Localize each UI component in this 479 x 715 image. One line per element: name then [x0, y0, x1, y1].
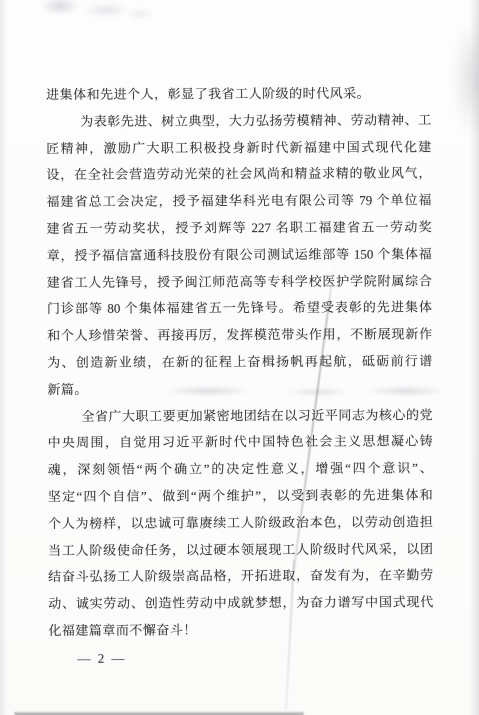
page-number: — 2 — — [48, 644, 433, 672]
page-edge-shadow-left — [0, 0, 7, 715]
text-line: 匠精神，激励广大职工积极投身新时代新福建中国式现代化建 — [46, 134, 431, 162]
text-line: 章，授予福信富通科技股份有限公司测试运维部等 150 个集体福 — [47, 241, 432, 269]
text-line: 全省广大职工要更加紧密地团结在以习近平同志为核心的党 — [47, 402, 432, 430]
text-line: 为表彰先进、树立典型，大力弘扬劳模精神、劳动精神、工 — [46, 107, 431, 135]
text-line: 个人为榜样，以忠诚可靠赓续工人阶级政治本色，以劳动创造担 — [48, 509, 433, 537]
text-line: 坚定“四个自信”、做到“两个维护”，以受到表彰的先进集体和 — [48, 482, 433, 510]
text-line: 当工人阶级使命任务，以过硬本领展现工人阶级时代风采，以团 — [48, 536, 433, 564]
text-line: 门诊部等 80 个集体福建省五一先锋号。希望受表彰的先进集体 — [47, 295, 432, 323]
text-line: 结奋斗弘扬工人阶级崇高品格，开拓进取，奋发有为，在辛勤劳 — [48, 563, 433, 591]
text-line: 新篇。 — [47, 375, 432, 403]
text-line: 为、创造新业绩，在新的征程上奋楫扬帆再起航，砥砺前行谱 — [47, 348, 432, 376]
text-line: 和个人珍惜荣誉、再接再厉，发挥模范带头作用，不断展现新作 — [47, 321, 432, 349]
page-edge-shadow-bottom — [14, 711, 304, 715]
scanned-document-page: 进集体和先进个人，彰显了我省工人阶级的时代风采。 为表彰先进、树立典型，大力弘扬… — [0, 0, 479, 715]
text-line: 进集体和先进个人，彰显了我省工人阶级的时代风采。 — [46, 80, 431, 108]
text-line: 魂，深刻领悟“两个确立”的决定性意义，增强“四个意识”、 — [48, 455, 433, 483]
text-line: 建省五一劳动奖状，授予刘辉等 227 名职工福建省五一劳动奖 — [47, 214, 432, 242]
scan-smudge — [28, 0, 158, 32]
text-line: 化福建篇章而不懈奋斗！ — [48, 616, 433, 644]
page-corner-shadow — [451, 18, 479, 138]
document-body: 进集体和先进个人，彰显了我省工人阶级的时代风采。 为表彰先进、树立典型，大力弘扬… — [46, 80, 434, 672]
text-line: 福建省总工会决定，授予福建华科光电有限公司等 79 个单位福 — [46, 188, 431, 216]
text-line: 中央周围，自觉用习近平新时代中国特色社会主义思想凝心铸 — [48, 429, 433, 457]
text-line: 动、诚实劳动、创造性劳动中成就梦想，为奋力谱写中国式现代 — [48, 589, 433, 617]
text-line: 建省工人先锋号，授予闽江师范高等专科学校医护学院附属综合 — [47, 268, 432, 296]
text-line: 设，在全社会营造劳动光荣的社会风尚和精益求精的敬业风气， — [46, 161, 431, 189]
